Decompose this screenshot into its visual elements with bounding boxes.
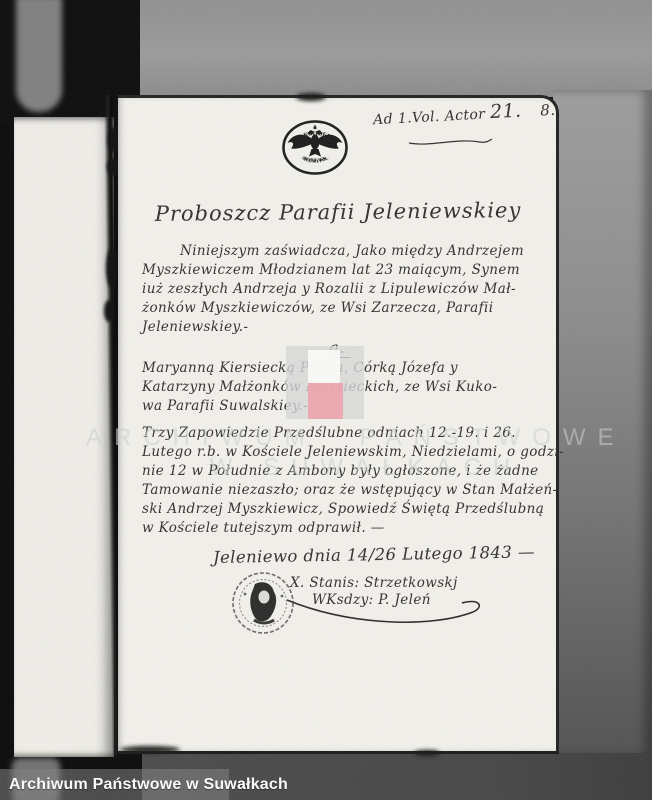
archive-watermark-line2: W SUWAŁKACH [86,454,646,482]
handwritten-line: w Kościele tutejszym odprawił. — [142,519,546,538]
handwritten-line: ski Andrzej Myszkiewicz, Spowiedź Świętą… [142,500,546,519]
binding-clip-top [16,0,62,112]
archive-logo-white-square [308,350,340,383]
annotation-page-number: 8. [540,101,556,120]
gutter-ink-blob [104,300,114,322]
document-title: Proboszcz Parafii Jeleniewskiey [146,198,530,226]
edge-smudge [296,93,326,101]
parish-seal-stamp [230,570,296,636]
handwritten-line: żonków Myszkiewiczów, ze Wsi Zarzecza, P… [142,299,546,318]
handwritten-line: Niniejszym zaświadcza, Jako między Andrz… [142,242,584,261]
archival-scan: 7½ КОПѢЕКЪ KOPIEJEK SIEDM I PÓŁ [0,0,652,800]
archive-name-caption: Archiwum Państwowe w Suwałkach [0,769,229,800]
revenue-stamp-graphic: 7½ КОПѢЕКЪ KOPIEJEK SIEDM I PÓŁ [281,119,349,176]
archival-annotation: Ad 1.Vol. Actor 21. 8. [373,99,539,130]
handwritten-line: iuż zeszłych Andrzeja y Rozalii z Lipule… [142,280,546,299]
caption-bar: Archiwum Państwowe w Suwałkach [0,769,229,800]
handwritten-line: Myszkiewiczem Młodzianem lat 23 maiącym,… [142,261,546,280]
edge-smudge [414,750,440,756]
signature-priest: X. Stanis: Strzetkowskj [290,575,458,591]
handwritten-line: Jeleniewskiey.- [142,318,546,337]
gutter-ink-blob [106,248,118,288]
signature-flourish [281,596,496,632]
edge-smudge [120,746,180,753]
annotation-underline-flourish [406,136,496,148]
archive-logo-red-square [308,383,343,419]
dateline: Jeleniewo dnia 14/26 Lutego 1843 — [213,542,553,567]
backdrop-top-band [132,0,652,97]
handwritten-line: Tamowanie niezaszło; oraz że wstępujący … [142,481,546,500]
backdrop-right-band [553,90,652,756]
archive-watermark-line1: ARCHIWUM PAŃSTWOWE [86,424,646,452]
revenue-stamp: 7½ КОПѢЕКЪ KOPIEJEK SIEDM I PÓŁ [281,119,349,176]
annotation-text: Ad 1.Vol. Actor [373,106,486,128]
annotation-number: 21. [489,100,522,124]
